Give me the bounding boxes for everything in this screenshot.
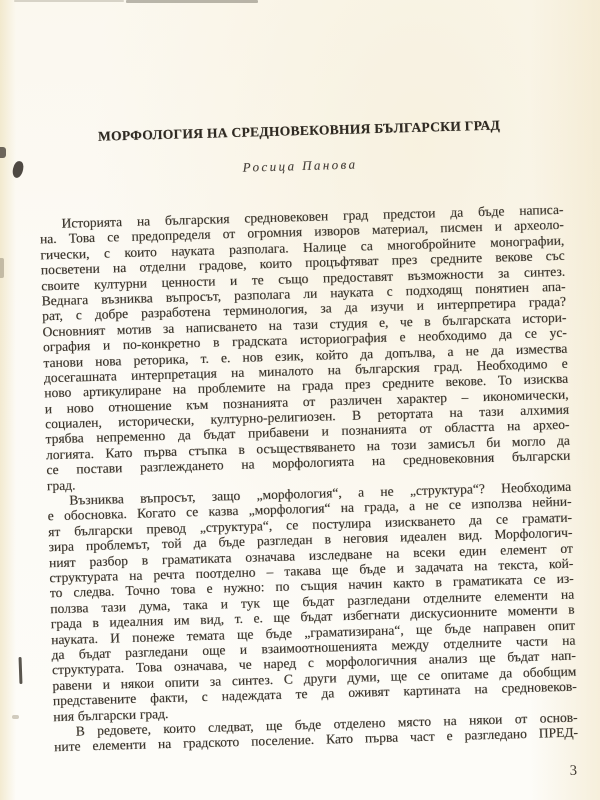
scan-artifact-top-streak bbox=[14, 0, 124, 2]
page-content: МОРФОЛОГИЯ НА СРЕДНОВЕКОВНИЯ БЪЛГАРСКИ Г… bbox=[37, 115, 579, 793]
article-author: Росица Панова bbox=[38, 151, 562, 182]
article-title: МОРФОЛОГИЯ НА СРЕДНОВЕКОВНИЯ БЪЛГАРСКИ Г… bbox=[37, 115, 561, 147]
scan-artifact-ink-dash bbox=[12, 715, 19, 719]
scanned-page: МОРФОЛОГИЯ НА СРЕДНОВЕКОВНИЯ БЪЛГАРСКИ Г… bbox=[0, 0, 600, 800]
scan-artifact-edge-mark bbox=[0, 258, 4, 278]
scan-artifact-top-streak bbox=[126, 0, 258, 3]
article-body: Историята на българския средновековен гр… bbox=[39, 202, 578, 755]
scan-artifact-edge-mark bbox=[0, 147, 6, 158]
paragraph: Възниква въпросът, защо „морфология“, а … bbox=[47, 479, 577, 724]
paragraph: Историята на българския средновековен гр… bbox=[39, 202, 571, 494]
page-number: 3 bbox=[55, 762, 579, 793]
scan-artifact-ink-dash bbox=[19, 657, 23, 684]
scan-artifact-ink-blob bbox=[11, 160, 24, 179]
